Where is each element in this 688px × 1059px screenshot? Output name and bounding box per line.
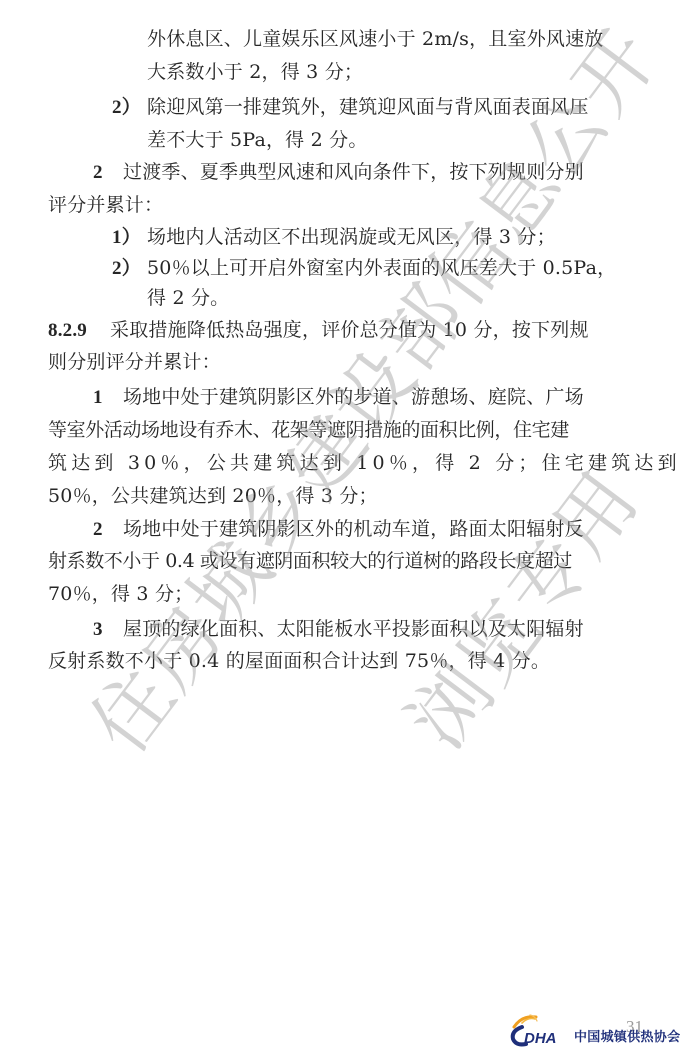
- line-text: 射系数不小于 0.4 或设有遮阴面积较大的行道树的路段长度超过: [48, 550, 572, 572]
- line-text: 除迎风第一排建筑外，建筑迎风面与背风面表面风压: [147, 96, 589, 118]
- list-item-2: 2）除迎风第一排建筑外，建筑迎风面与背风面表面风压: [112, 95, 589, 120]
- body-line: 差不大于 5Pa，得 2 分。: [147, 128, 368, 152]
- line-text: 得 2 分。: [147, 287, 229, 309]
- body-line: 则分别评分并累计：: [48, 350, 221, 374]
- body-line: 筑达到 30％，公共建筑达到 10％，得 2 分；住宅建筑达到: [48, 451, 681, 475]
- line-text: 反射系数不小于 0.4 的屋面面积合计达到 75％，得 4 分。: [48, 650, 550, 672]
- footer: 31 DHA 中国城镇供热协会: [508, 1013, 683, 1051]
- line-text: 场地中处于建筑阴影区外的机动车道，路面太阳辐射反: [123, 518, 584, 540]
- line-text: 场地中处于建筑阴影区外的步道、游憩场、庭院、广场: [123, 386, 584, 408]
- list-item-1: 1）场地内人活动区不出现涡旋或无风区，得 3 分；: [112, 225, 556, 250]
- cdha-logo-icon: DHA: [508, 1013, 574, 1051]
- svg-text:DHA: DHA: [524, 1030, 557, 1047]
- line-text: 50％，公共建筑达到 20％，得 3 分；: [48, 485, 378, 507]
- body-line: 得 2 分。: [147, 286, 229, 310]
- body-line: 评分并累计：: [48, 193, 163, 217]
- section-number: 8.2.9: [48, 319, 110, 343]
- document-page: 外休息区、儿童娱乐区风速小于 2m/s，且室外风速放 大系数小于 2，得 3 分…: [0, 0, 688, 1059]
- clause-2: 2过渡季、夏季典型风速和风向条件下，按下列规则分别: [93, 160, 584, 185]
- clause-1: 1场地中处于建筑阴影区外的步道、游憩场、庭院、广场: [93, 385, 584, 410]
- clause-3: 3屋顶的绿化面积、太阳能板水平投影面积以及太阳辐射: [93, 617, 584, 642]
- body-line: 50％，公共建筑达到 20％，得 3 分；: [48, 484, 378, 508]
- list-item-2: 2）50％以上可开启外窗室内外表面的风压差大于 0.5Pa，: [112, 256, 616, 281]
- line-text: 差不大于 5Pa，得 2 分。: [147, 129, 368, 151]
- list-marker: 1）: [112, 226, 147, 250]
- line-text: 评分并累计：: [48, 194, 163, 216]
- watermark-browse-only: 浏览专用: [378, 444, 660, 767]
- clause-number: 3: [93, 618, 123, 642]
- association-name: 中国城镇供热协会: [574, 1026, 680, 1045]
- line-text: 筑达到 30％，公共建筑达到 10％，得 2 分；住宅建筑达到: [48, 452, 681, 474]
- line-text: 则分别评分并累计：: [48, 351, 221, 373]
- line-text: 70％，得 3 分；: [48, 583, 193, 605]
- clause-number: 2: [93, 518, 123, 542]
- body-line: 反射系数不小于 0.4 的屋面面积合计达到 75％，得 4 分。: [48, 649, 550, 673]
- body-line: 大系数小于 2，得 3 分；: [147, 60, 363, 84]
- line-text: 外休息区、儿童娱乐区风速小于 2m/s，且室外风速放: [147, 28, 604, 50]
- body-line: 射系数不小于 0.4 或设有遮阴面积较大的行道树的路段长度超过: [48, 549, 572, 573]
- body-line: 70％，得 3 分；: [48, 582, 193, 606]
- line-text: 场地内人活动区不出现涡旋或无风区，得 3 分；: [147, 226, 556, 248]
- clause-number: 2: [93, 161, 123, 185]
- list-marker: 2）: [112, 257, 147, 281]
- list-marker: 2）: [112, 96, 147, 120]
- clause-2: 2场地中处于建筑阴影区外的机动车道，路面太阳辐射反: [93, 517, 584, 542]
- clause-number: 1: [93, 386, 123, 410]
- body-line: 外休息区、儿童娱乐区风速小于 2m/s，且室外风速放: [147, 27, 604, 51]
- line-text: 等室外活动场地设有乔木、花架等遮阴措施的面积比例，住宅建: [48, 419, 569, 441]
- line-text: 采取措施降低热岛强度，评价总分值为 10 分，按下列规: [110, 319, 589, 341]
- line-text: 50％以上可开启外窗室内外表面的风压差大于 0.5Pa，: [147, 257, 616, 279]
- line-text: 过渡季、夏季典型风速和风向条件下，按下列规则分别: [123, 161, 584, 183]
- line-text: 大系数小于 2，得 3 分；: [147, 61, 363, 83]
- body-line: 等室外活动场地设有乔木、花架等遮阴措施的面积比例，住宅建: [48, 418, 569, 442]
- line-text: 屋顶的绿化面积、太阳能板水平投影面积以及太阳辐射: [123, 618, 584, 640]
- section-8-2-9: 8.2.9采取措施降低热岛强度，评价总分值为 10 分，按下列规: [48, 318, 589, 343]
